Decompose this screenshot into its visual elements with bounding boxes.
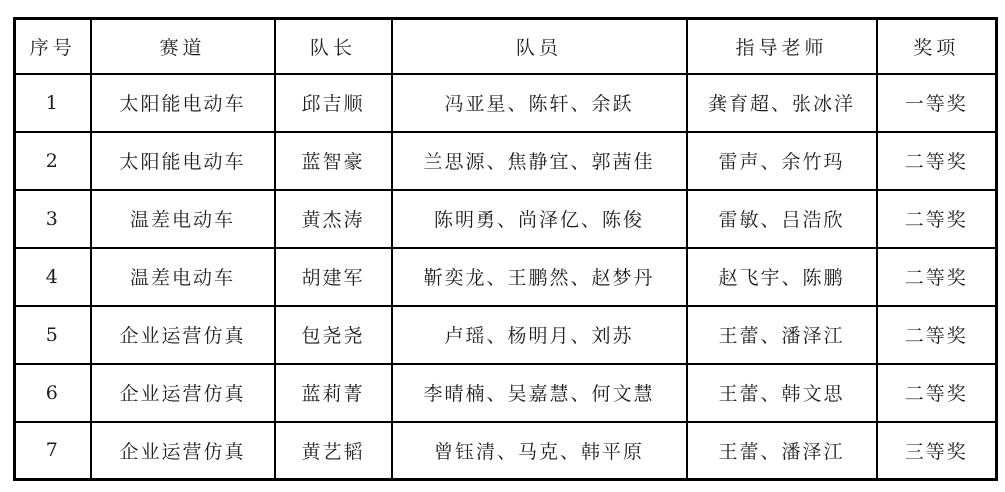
cell-track: 太阳能电动车 <box>91 74 275 132</box>
cell-award: 二等奖 <box>877 306 997 364</box>
cell-captain: 蓝莉菁 <box>275 364 392 422</box>
header-cell-advisors: 指导老师 <box>687 19 877 74</box>
cell-captain: 黄杰涛 <box>275 190 392 248</box>
cell-advisors: 雷敏、吕浩欣 <box>687 190 877 248</box>
cell-advisors: 王蕾、潘泽江 <box>687 306 877 364</box>
cell-award: 三等奖 <box>877 422 997 480</box>
table-row: 3温差电动车黄杰涛陈明勇、尚泽亿、陈俊雷敏、吕浩欣二等奖 <box>15 190 997 248</box>
cell-index: 3 <box>15 190 91 248</box>
cell-captain: 黄艺韬 <box>275 422 392 480</box>
cell-index: 2 <box>15 132 91 190</box>
cell-index: 1 <box>15 74 91 132</box>
table-row: 4温差电动车胡建军靳奕龙、王鹏然、赵梦丹赵飞宇、陈鹏二等奖 <box>15 248 997 306</box>
cell-track: 企业运营仿真 <box>91 306 275 364</box>
header-row: 序号 赛道 队长 队员 指导老师 奖项 <box>15 19 997 74</box>
cell-track: 企业运营仿真 <box>91 422 275 480</box>
cell-index: 4 <box>15 248 91 306</box>
cell-award: 二等奖 <box>877 248 997 306</box>
header-cell-captain: 队长 <box>275 19 392 74</box>
cell-advisors: 雷声、余竹玛 <box>687 132 877 190</box>
cell-advisors: 王蕾、韩文思 <box>687 364 877 422</box>
header-cell-members: 队员 <box>392 19 687 74</box>
cell-index: 7 <box>15 422 91 480</box>
cell-advisors: 赵飞宇、陈鹏 <box>687 248 877 306</box>
cell-index: 6 <box>15 364 91 422</box>
cell-captain: 胡建军 <box>275 248 392 306</box>
cell-members: 兰思源、焦静宜、郭茜佳 <box>392 132 687 190</box>
cell-members: 曾钰清、马克、韩平原 <box>392 422 687 480</box>
cell-captain: 蓝智豪 <box>275 132 392 190</box>
cell-award: 二等奖 <box>877 190 997 248</box>
table-row: 1太阳能电动车邱吉顺冯亚星、陈轩、余跃龚育超、张冰洋一等奖 <box>15 74 997 132</box>
table-row: 5企业运营仿真包尧尧卢瑶、杨明月、刘苏王蕾、潘泽江二等奖 <box>15 306 997 364</box>
cell-members: 李晴楠、吴嘉慧、何文慧 <box>392 364 687 422</box>
header-cell-award: 奖项 <box>877 19 997 74</box>
cell-members: 卢瑶、杨明月、刘苏 <box>392 306 687 364</box>
cell-track: 企业运营仿真 <box>91 364 275 422</box>
cell-captain: 包尧尧 <box>275 306 392 364</box>
cell-track: 温差电动车 <box>91 248 275 306</box>
cell-award: 一等奖 <box>877 74 997 132</box>
cell-track: 温差电动车 <box>91 190 275 248</box>
header-cell-track: 赛道 <box>91 19 275 74</box>
cell-members: 靳奕龙、王鹏然、赵梦丹 <box>392 248 687 306</box>
cell-captain: 邱吉顺 <box>275 74 392 132</box>
cell-advisors: 龚育超、张冰洋 <box>687 74 877 132</box>
header-cell-index: 序号 <box>15 19 91 74</box>
cell-members: 陈明勇、尚泽亿、陈俊 <box>392 190 687 248</box>
document-page: 序号 赛道 队长 队员 指导老师 奖项 1太阳能电动车邱吉顺冯亚星、陈轩、余跃龚… <box>0 0 1005 492</box>
award-results-table: 序号 赛道 队长 队员 指导老师 奖项 1太阳能电动车邱吉顺冯亚星、陈轩、余跃龚… <box>13 17 998 481</box>
cell-award: 二等奖 <box>877 132 997 190</box>
cell-members: 冯亚星、陈轩、余跃 <box>392 74 687 132</box>
cell-award: 二等奖 <box>877 364 997 422</box>
table-row: 7企业运营仿真黄艺韬曾钰清、马克、韩平原王蕾、潘泽江三等奖 <box>15 422 997 480</box>
table-row: 6企业运营仿真蓝莉菁李晴楠、吴嘉慧、何文慧王蕾、韩文思二等奖 <box>15 364 997 422</box>
table-row: 2太阳能电动车蓝智豪兰思源、焦静宜、郭茜佳雷声、余竹玛二等奖 <box>15 132 997 190</box>
cell-track: 太阳能电动车 <box>91 132 275 190</box>
cell-advisors: 王蕾、潘泽江 <box>687 422 877 480</box>
cell-index: 5 <box>15 306 91 364</box>
